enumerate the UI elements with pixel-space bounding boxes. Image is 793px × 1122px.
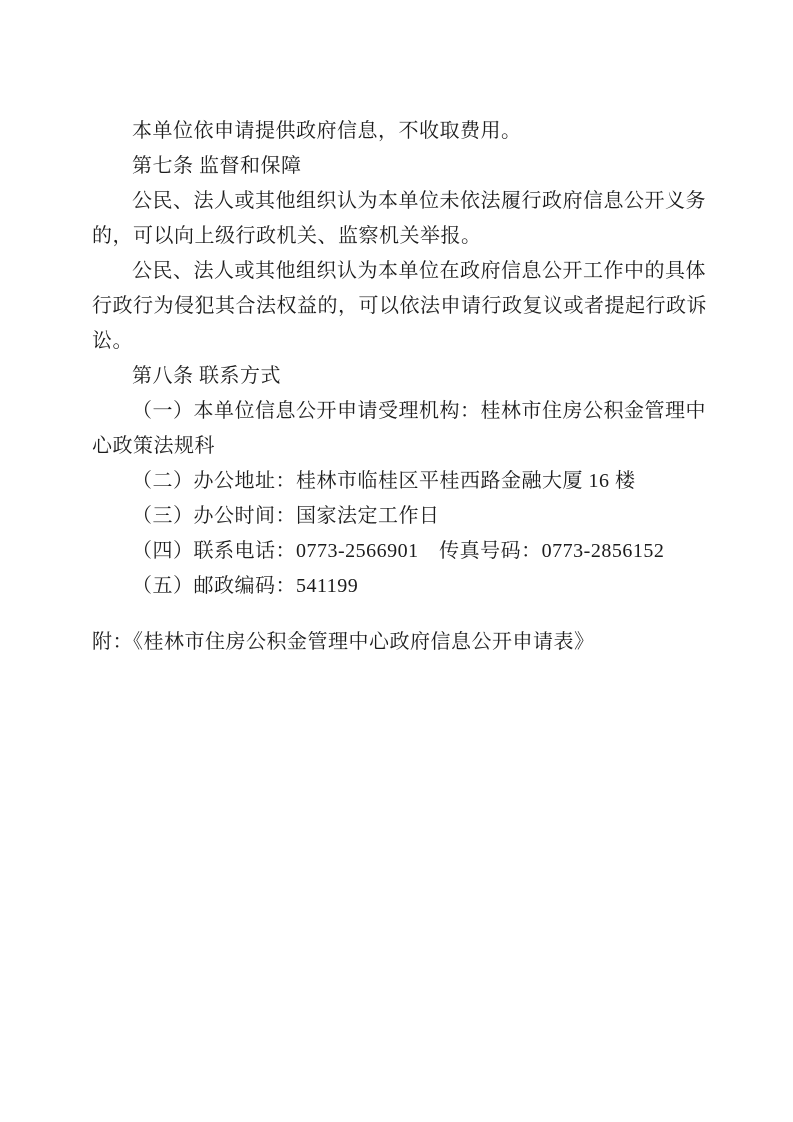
review-clause-line-3: 讼。 (92, 324, 710, 359)
contact-agency-line-1: （一）本单位信息公开申请受理机构：桂林市住房公积金管理中 (92, 394, 710, 429)
postal-code-line: （五）邮政编码：541199 (92, 569, 710, 604)
review-clause-line-1: 公民、法人或其他组织认为本单位在政府信息公开工作中的具体 (92, 254, 710, 289)
contact-agency-line-2: 心政策法规科 (92, 429, 710, 464)
phone-fax-line: （四）联系电话：0773-2566901 传真号码：0773-2856152 (92, 534, 710, 569)
attachment-note-line: 附：《桂林市住房公积金管理中心政府信息公开申请表》 (92, 625, 710, 660)
review-clause-line-2: 行政行为侵犯其合法权益的，可以依法申请行政复议或者提起行政诉 (92, 289, 710, 324)
document-page: 本单位依申请提供政府信息，不收取费用。 第七条 监督和保障 公民、法人或其他组织… (0, 0, 793, 1122)
document-body: 本单位依申请提供政府信息，不收取费用。 第七条 监督和保障 公民、法人或其他组织… (92, 114, 710, 660)
supervision-clause-line-1: 公民、法人或其他组织认为本单位未依法履行政府信息公开义务 (92, 184, 710, 219)
article-7-heading: 第七条 监督和保障 (92, 149, 710, 184)
supervision-clause-line-2: 的，可以向上级行政机关、监察机关举报。 (92, 219, 710, 254)
fee-statement-line: 本单位依申请提供政府信息，不收取费用。 (92, 114, 710, 149)
office-address-line: （二）办公地址：桂林市临桂区平桂西路金融大厦 16 楼 (92, 464, 710, 499)
article-8-heading: 第八条 联系方式 (92, 359, 710, 394)
office-hours-line: （三）办公时间：国家法定工作日 (92, 499, 710, 534)
